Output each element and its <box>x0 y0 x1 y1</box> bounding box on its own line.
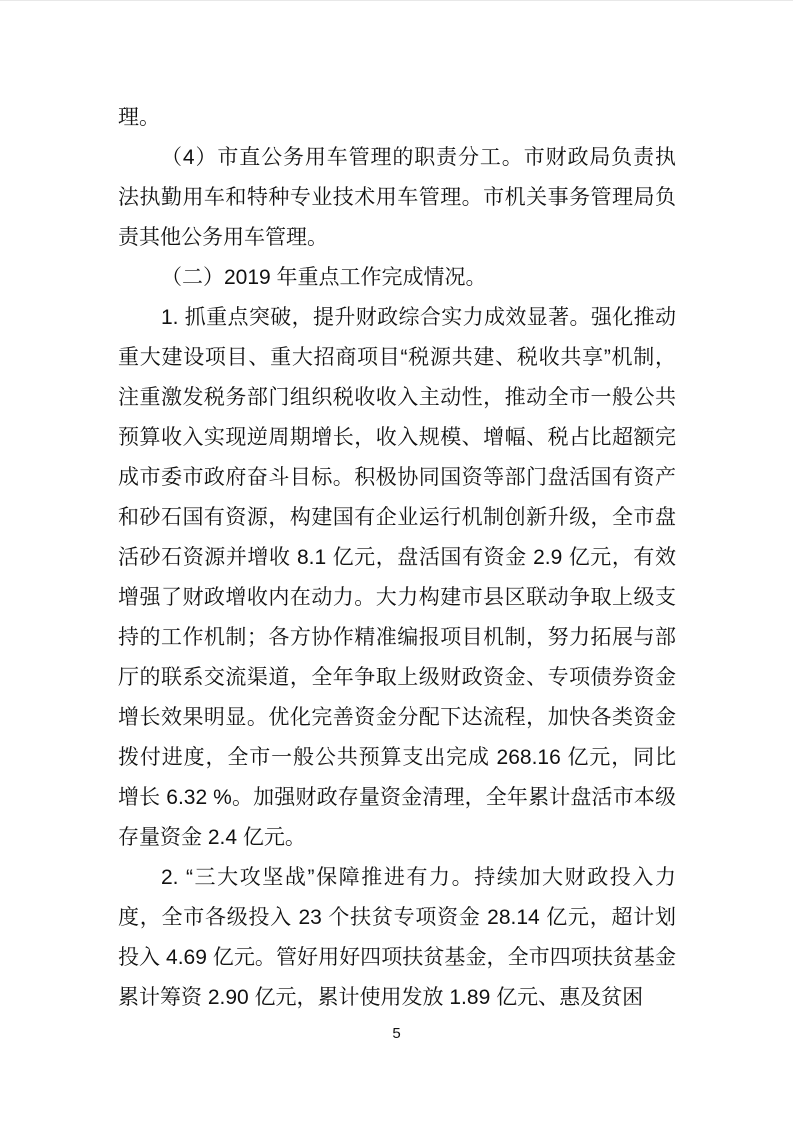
paragraph-continuation: 理。 <box>118 98 676 138</box>
document-page: { "document": { "paragraphs": [ { "text"… <box>0 0 793 1122</box>
document-body: 理。 （4）市直公务用车管理的职责分工。市财政局负责执法执勤用车和特种专业技术用… <box>118 98 676 1018</box>
paragraph-point-1: 1. 抓重点突破，提升财政综合实力成效显著。强化推动重大建设项目、重大招商项目“… <box>118 298 676 858</box>
heading-section-2: （二）2019 年重点工作完成情况。 <box>118 258 676 298</box>
page-footer: 5 <box>0 1025 793 1043</box>
paragraph-point-2: 2. “三大攻坚战”保障推进有力。持续加大财政投入力度，全市各级投入 23 个扶… <box>118 858 676 1018</box>
page-number: 5 <box>392 1025 400 1042</box>
paragraph-clause-4: （4）市直公务用车管理的职责分工。市财政局负责执法执勤用车和特种专业技术用车管理… <box>118 138 676 258</box>
